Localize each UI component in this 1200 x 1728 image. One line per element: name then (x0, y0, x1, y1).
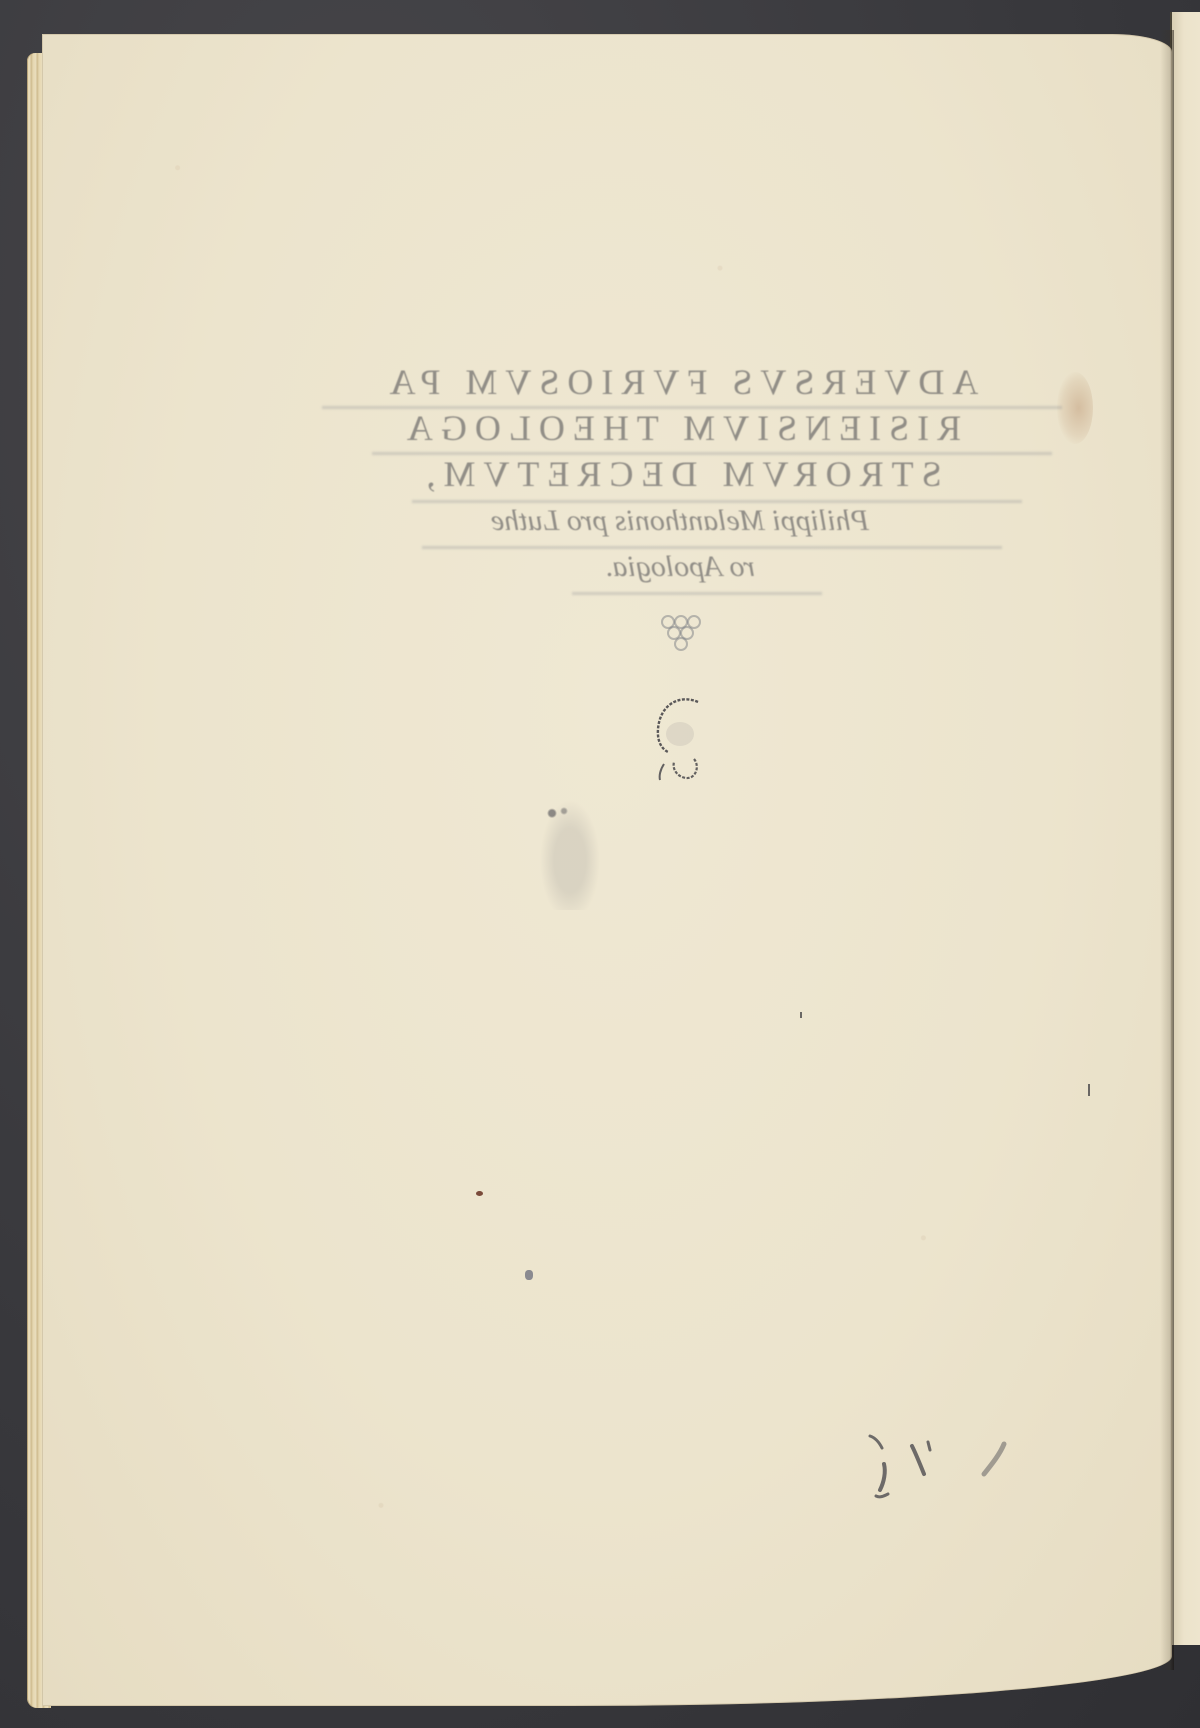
margin-tick (1088, 1084, 1090, 1096)
title-rule (372, 452, 1052, 455)
handwritten-n-mark (862, 1424, 1022, 1504)
gutter-shadow (1160, 30, 1174, 1670)
title-line-1: ADVERSVS FVRIOSVM PA (320, 364, 1040, 410)
paper-speck (525, 1270, 533, 1280)
margin-tick (800, 1012, 802, 1018)
opposite-page-edge (1170, 12, 1200, 1645)
grape-ornament-icon (654, 614, 714, 654)
title-rule (412, 500, 1022, 503)
foxing-stain (1057, 372, 1093, 444)
title-line-5: ro Apologia. (320, 552, 1040, 592)
show-through-title: ADVERSVS FVRIOSVM PA RISIENSIVM THEOLOGA… (320, 360, 1040, 592)
title-rule (322, 406, 1062, 409)
stamp-c-mark (650, 694, 710, 794)
title-line-2: RISIENSIVM THEOLOGA (320, 410, 1040, 456)
title-rule (572, 592, 822, 595)
title-line-3: STRORVM DECRETVM, (320, 456, 1040, 506)
paper-speck (476, 1191, 483, 1196)
book-page: ADVERSVS FVRIOSVM PA RISIENSIVM THEOLOGA… (42, 34, 1172, 1706)
ink-smudge (540, 800, 600, 910)
title-rule (422, 546, 1002, 549)
